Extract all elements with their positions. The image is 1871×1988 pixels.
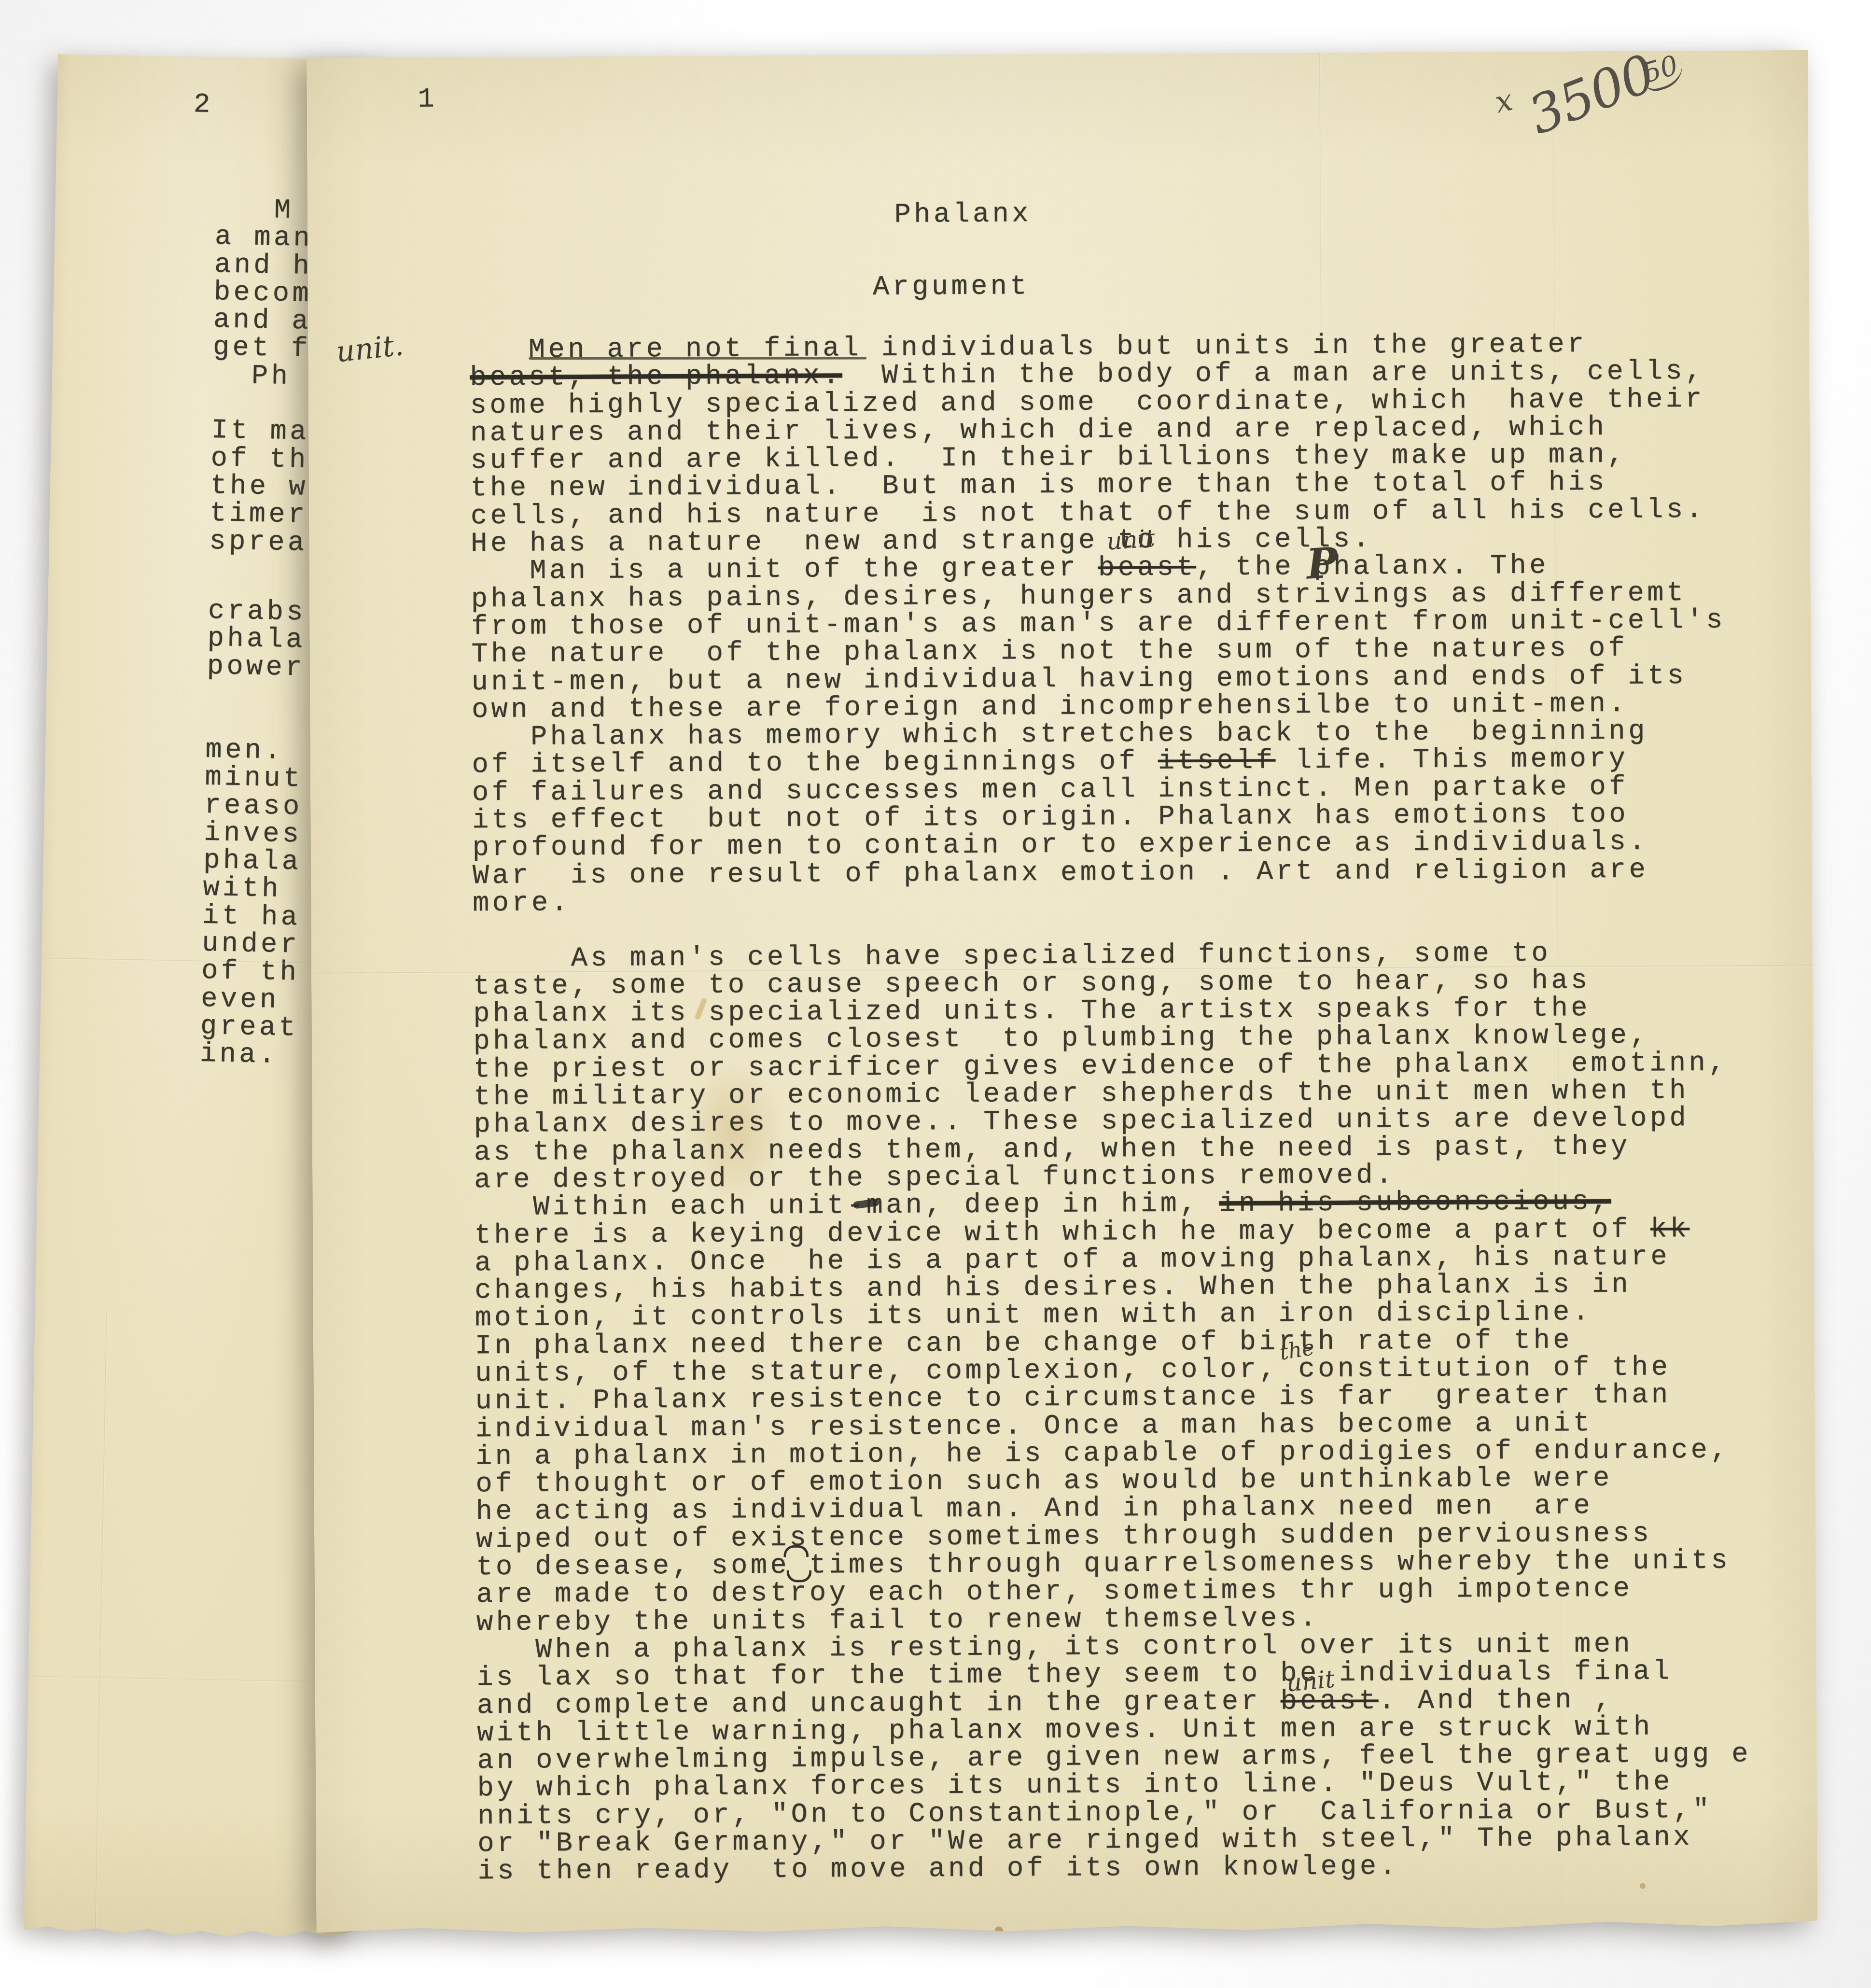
typed-line: and a: [213, 307, 331, 336]
fold-crease: [28, 1676, 356, 1683]
typed-fragment-block: Ma manand hibecomeand aget fr Ph It maof…: [209, 196, 333, 558]
struck-text: in his subconscious,: [1219, 1187, 1611, 1219]
typed-line: It ma: [211, 417, 329, 447]
typed-fragment-block: crabsphalapower: [207, 598, 306, 683]
typed-line: He has a nature new and strange to his c…: [471, 524, 1745, 558]
typed-fragment-block: men.minutreasoinvesphalawithit haunderof…: [200, 737, 304, 1070]
insert-tie-mark: [786, 1570, 811, 1582]
typed-line: crabs: [208, 598, 306, 627]
struck-text: itself: [1158, 746, 1276, 777]
typed-line: more.: [473, 883, 1747, 918]
manuscript-scan: 2 Ma manand hibecomeand aget fr Ph It ma…: [0, 0, 1871, 1988]
typed-line: sprea: [209, 528, 327, 558]
typed-line: and hi: [214, 252, 333, 281]
typed-line: the military or economic leader shepherd…: [474, 1077, 1748, 1111]
handwritten-margin-note: unit.: [335, 328, 405, 369]
typed-line: As man's cells have specialized function…: [473, 939, 1747, 973]
typed-line: the new individual. But man is more than…: [471, 469, 1745, 503]
price-x-mark: x: [1492, 82, 1516, 120]
typed-line: wiped out of existence sometimes through…: [476, 1520, 1750, 1554]
struck-text: beast: [1281, 1686, 1379, 1717]
paper-stain: [684, 1060, 786, 1205]
typed-line: unit-men, but a new individual having em…: [472, 662, 1746, 697]
typed-line: by which phalanx forces its units into l…: [477, 1769, 1752, 1803]
typed-line: an overwhelming impulse, are given new a…: [477, 1741, 1751, 1776]
typed-line: M: [215, 196, 334, 226]
typed-line: nnits cry, or, "On to Constantinople," o…: [477, 1796, 1752, 1831]
typed-line: it ha: [202, 903, 301, 932]
fold-crease: [1553, 51, 1564, 1929]
typed-line: Men are not final individuals but units …: [470, 330, 1744, 364]
typed-line: the priest or sacrificer gives evidence …: [474, 1050, 1748, 1084]
handwritten-the-insert: the: [1278, 1335, 1316, 1365]
typed-line: Ph: [212, 362, 330, 392]
typed-line: phalanx its specialized units. The artis…: [473, 994, 1747, 1029]
typed-line: its effect but not of its origin. Phalan…: [472, 800, 1746, 835]
typed-line: Within each unit-man, deep in him, in hi…: [474, 1188, 1748, 1222]
struck-text: beast: [1098, 553, 1196, 584]
typed-line: he acting as individual man. And in phal…: [476, 1492, 1750, 1526]
typed-line: units, of the stature, complexion, color…: [475, 1354, 1749, 1388]
page-title: Phalanx: [894, 199, 1032, 230]
typed-line: in a phalanx in motion, he is capable of…: [475, 1437, 1750, 1471]
typed-line: changes, his habits and his desires. Whe…: [475, 1271, 1749, 1305]
typed-line: phala: [203, 847, 302, 877]
typed-line: whereby the units fail to renew themselv…: [476, 1603, 1751, 1637]
price-cents: 50: [1638, 48, 1686, 90]
struck-text: kk: [1650, 1214, 1690, 1245]
paper-stain: [994, 1926, 1003, 1936]
typed-line: is lax so that for the time they seem to…: [476, 1658, 1751, 1693]
typed-line: beast, the phalanx. Within the body of a…: [470, 358, 1744, 392]
typed-line: as the phalanx needs them, and, when the…: [474, 1133, 1748, 1167]
typed-line: great: [200, 1013, 299, 1043]
page-1-wrapper: x 3500 50 1 Phalanx Argument Men are not…: [0, 0, 1871, 1988]
typed-line: power: [207, 653, 305, 682]
fold-crease: [42, 958, 370, 965]
handwritten-unit-insert: unit: [1105, 524, 1156, 555]
fold-crease: [1319, 53, 1322, 352]
typed-line: War is one result of phalanx emotion . A…: [473, 856, 1747, 890]
typed-line: with little warning, phalanx moves. Unit…: [477, 1713, 1751, 1748]
page-2-sheet: 2 Ma manand hibecomeand aget fr Ph It ma…: [24, 54, 386, 1940]
typed-line: men.: [205, 737, 304, 766]
typed-line: under: [202, 930, 300, 960]
typed-body: Men are not final individuals but units …: [470, 330, 1752, 1886]
typed-line: unit. Phalanx resistence to circumstance…: [475, 1382, 1749, 1416]
typed-line: In phalanx need there can be change of b…: [475, 1326, 1749, 1360]
typed-line: there is a keying device with which he m…: [475, 1216, 1749, 1250]
page-2-number: 2: [194, 89, 214, 121]
typed-line: become: [213, 279, 332, 309]
typed-line: are destroyed or the special functions r…: [474, 1160, 1748, 1194]
typed-line: The nature of the phalanx is not the sum…: [471, 635, 1745, 669]
typed-line: natures and their lives, which die and a…: [470, 413, 1745, 448]
insert-tie-mark: [783, 1545, 809, 1557]
price-amount: 3500: [1521, 43, 1662, 146]
typed-line: [473, 911, 1747, 946]
typed-line: is then ready to move and of its own kno…: [478, 1852, 1752, 1886]
typed-line: individual man's resistence. Once a man …: [475, 1409, 1750, 1443]
typed-line: When a phalanx is resting, its control o…: [476, 1630, 1751, 1665]
typed-line: [211, 390, 330, 420]
typed-line: of thought or of emotion such as would b…: [475, 1465, 1750, 1499]
struck-text: beast, the phalanx.: [470, 361, 842, 393]
typed-line: of th: [201, 958, 300, 987]
paper-stain: [718, 374, 777, 428]
page-1-number: 1: [418, 84, 437, 115]
typed-line: motion, it controls its unit men with an…: [475, 1299, 1749, 1333]
typed-line: profound for men to contain or to experi…: [472, 828, 1746, 863]
fold-crease: [95, 1310, 108, 1935]
typed-line: or "Break Germany," or "We are ringed wi…: [477, 1824, 1752, 1858]
pencil-underline: [529, 357, 866, 360]
correction-slash: [695, 998, 707, 1020]
typed-line: phala: [207, 625, 306, 655]
typed-line: from those of unit-man's as man's are di…: [471, 607, 1745, 641]
page-2-fragments: Ma manand hibecomeand aget fr Ph It maof…: [58, 54, 386, 60]
typed-line: the w: [210, 473, 328, 503]
typed-line: with: [203, 875, 301, 904]
paper-stain: [1640, 1883, 1646, 1889]
typed-line: Man is a unit of the greater beast, the …: [471, 552, 1745, 586]
fold-crease: [311, 965, 1813, 974]
typed-line: and complete and uncaught in the greater…: [477, 1686, 1751, 1720]
typed-line: own and these are foreign and incomprehe…: [472, 690, 1746, 724]
typed-line: cells, and his nature is not that of the…: [471, 496, 1745, 531]
typed-line: are made to destroy each other, sometime…: [476, 1575, 1751, 1610]
typed-line: phalanx and comes closest to plumbing th…: [474, 1022, 1748, 1056]
typed-line: phalanx has pains, desires, hungers and …: [471, 579, 1745, 614]
typed-line: a phalanx. Once he is a part of a moving…: [475, 1243, 1749, 1277]
typed-line: of th: [210, 445, 329, 475]
typed-line: even: [201, 985, 299, 1015]
typed-line: minut: [205, 764, 303, 794]
typed-line: ina.: [200, 1041, 298, 1070]
typed-line: of itself and to the beginnings of itsel…: [472, 745, 1746, 780]
ink-smear: [853, 1199, 880, 1209]
typed-line: suffer and are killed. In their billions…: [470, 441, 1745, 476]
handwritten-unit-insert: unit: [1285, 1665, 1336, 1697]
typed-line: get fr: [212, 334, 331, 364]
typed-line: Phalanx has memory which stretches back …: [472, 718, 1746, 752]
page-subtitle: Argument: [873, 271, 1030, 303]
page-1-sheet: x 3500 50 1 Phalanx Argument Men are not…: [307, 50, 1817, 1937]
typed-line: reaso: [204, 792, 303, 821]
typed-line: to desease, some times through quarrelso…: [476, 1547, 1750, 1582]
typed-line: of failures and successes men call insti…: [472, 773, 1746, 807]
typed-line: some highly specialized and some coordin…: [470, 386, 1745, 420]
typed-line: taste, some to cause speech or song, som…: [473, 966, 1747, 1001]
page-2-wrapper: 2 Ma manand hibecomeand aget fr Ph It ma…: [0, 0, 1871, 1988]
typed-line: a man: [215, 224, 333, 253]
typed-line: phalanx desires to move.. These speciali…: [474, 1105, 1748, 1139]
typed-line: inves: [204, 820, 302, 849]
typed-line: timer: [209, 500, 328, 530]
handwritten-capital-p: P: [1305, 538, 1339, 589]
